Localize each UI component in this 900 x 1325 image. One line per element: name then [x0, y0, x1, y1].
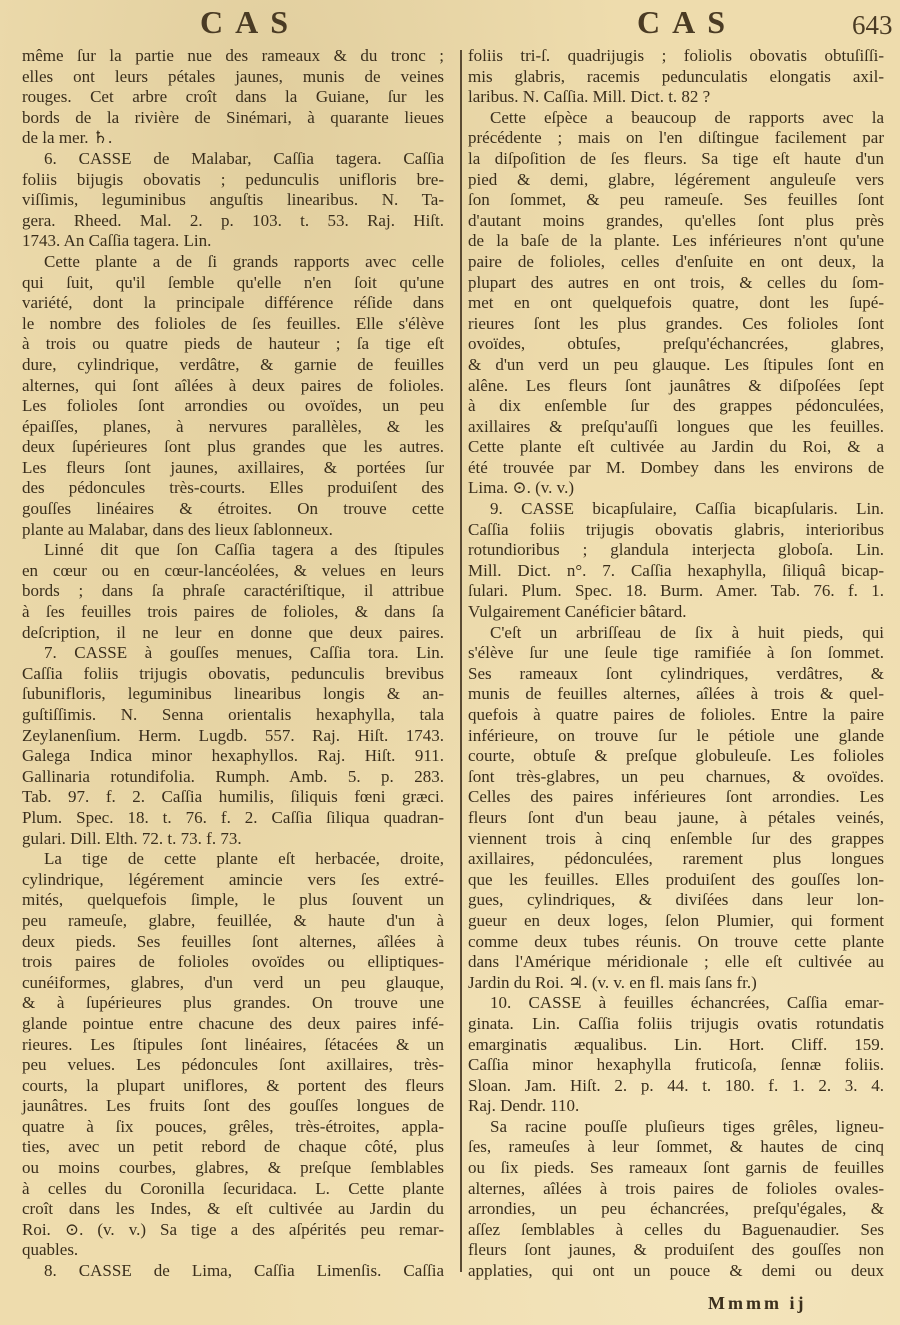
text-line: gues, cylindriques, & diviſées dans leur…	[468, 890, 884, 911]
text-line: Plum. Spec. 18. t. 76. f. 2. Caſſia ſili…	[22, 808, 444, 829]
text-line: Tab. 97. f. 2. Caſſia humilis, ſiliquis …	[22, 787, 444, 808]
text-line: mités, quelquefois ſimple, le plus ſouve…	[22, 890, 444, 911]
entry-heading-line: 9. CASSE bicapſulaire, Caſſia bicapſular…	[468, 499, 884, 520]
text-line: Vulgairement Canéficier bâtard.	[468, 602, 884, 623]
text-line: deux ſupérieures ſont plus grandes que l…	[22, 437, 444, 458]
text-line: à dix enſemble ſur des grappes pédonculé…	[468, 396, 884, 417]
text-line: axillaires & preſqu'auſſi longues que le…	[468, 417, 884, 438]
text-line: Ses rameaux ſont cylindriques, verdâtres…	[468, 664, 884, 685]
text-line: met en ont quelquefois quatre, dont les …	[468, 293, 884, 314]
text-line: des pédoncules très-courts. Elles produi…	[22, 478, 444, 499]
text-line: pied & demi, glabre, légérement anguleuſ…	[468, 170, 884, 191]
text-line: que les feuilles. Elles produiſent des g…	[468, 870, 884, 891]
text-line: ſon ſommet, & peu rameuſe. Ses feuilles …	[468, 190, 884, 211]
entry-heading-line: 10. CASSE à feuilles échancrées, Caſſia …	[468, 993, 884, 1014]
right-column: foliis tri-ſ. quadrijugis ; foliolis obo…	[468, 46, 884, 1282]
text-line: ſubunifloris, leguminibus linearibus lon…	[22, 684, 444, 705]
text-line: munis de feuilles alternes, aîlées à tro…	[468, 684, 884, 705]
text-line: La tige de cette plante eſt herbacée, dr…	[22, 849, 444, 870]
text-line: fleurs ſont d'un beau jaune, à pétales v…	[468, 808, 884, 829]
text-line: plupart des autres en ont trois, & celle…	[468, 273, 884, 294]
text-line: gueur en deux loges, ſelon Plumier, qui …	[468, 911, 884, 932]
text-line: de la mer. ♄.	[22, 128, 444, 149]
text-line: arrondies, un peu échancrées, preſqu'éga…	[468, 1199, 884, 1220]
text-line: deſcription, il ne leur en donne que deu…	[22, 623, 444, 644]
text-line: inférieure, on trouve ſur le pétiole une…	[468, 726, 884, 747]
text-line: deux pieds. Ses feuilles ſont alternes, …	[22, 932, 444, 953]
text-line: gera. Rheed. Mal. 2. p. 103. t. 53. Raj.…	[22, 211, 444, 232]
text-line: courte, obtuſe & preſque globuleuſe. Les…	[468, 746, 884, 767]
text-line: Cette plante a de ſi grands rapports ave…	[22, 252, 444, 273]
text-line: paire de folioles, celles d'enſuite en o…	[468, 252, 884, 273]
text-line: rotundioribus ; glandula interjecta glob…	[468, 540, 884, 561]
text-line: courts, la plupart uniflores, & portent …	[22, 1076, 444, 1097]
text-line: Mill. Dict. n°. 7. Caſſia hexaphylla, ſi…	[468, 561, 884, 582]
text-line: comme deux tubes réunis. On trouve cette…	[468, 932, 884, 953]
text-line: Lima. ⊙. (v. v.)	[468, 478, 884, 499]
column-divider	[460, 50, 462, 1272]
text-line: Galega Indica minor hexaphyllos. Raj. Hi…	[22, 746, 444, 767]
text-line: qui ſuit, qu'il ſemble qu'elle n'en ſoit…	[22, 273, 444, 294]
text-line: foliis bijugis obovatis ; pedunculis uni…	[22, 170, 444, 191]
text-line: bords ; dans ſa phraſe caractériſtique, …	[22, 581, 444, 602]
text-line: rouges. Cet arbre croît dans la Guiane, …	[22, 87, 444, 108]
text-line: Caſſia foliis trijugis obovatis glabris,…	[468, 520, 884, 541]
text-line: mis glabris, racemis pedunculatis elonga…	[468, 67, 884, 88]
text-line: viſſimis, leguminibus anguſtis linearibu…	[22, 190, 444, 211]
text-line: dans l'Amérique méridionale ; elle eſt c…	[468, 952, 884, 973]
text-line: Caſſia foliis trijugis obovatis, peduncu…	[22, 664, 444, 685]
text-line: bords de la rivière de Sinémari, à quara…	[22, 108, 444, 129]
left-column: même ſur la partie nue des rameaux & du …	[22, 46, 444, 1282]
text-line: quatre à ſix pouces, grêles, très-étroit…	[22, 1117, 444, 1138]
text-line: gouſſes linéaires & étroites. On trouve …	[22, 499, 444, 520]
text-line: laribus. N. Caſſia. Mill. Dict. t. 82 ?	[468, 87, 884, 108]
text-line: quefois à quatre paires de folioles. Ent…	[468, 705, 884, 726]
text-line: cunéiformes, glabres, d'un verd un peu g…	[22, 973, 444, 994]
text-line: & d'un verd un peu glauque. Les ſtipules…	[468, 355, 884, 376]
running-head-left: CAS	[200, 4, 300, 41]
text-line: ou ſix pieds. Ses rameaux ſont garnis de…	[468, 1158, 884, 1179]
text-line: Linné dit que ſon Caſſia tagera a des ſt…	[22, 540, 444, 561]
entry-heading-line: 8. CASSE de Lima, Caſſia Limenſis. Caſſi…	[22, 1261, 444, 1282]
text-line: elles ont leurs pétales jaunes, munis de…	[22, 67, 444, 88]
text-line: applaties, qui ont un pouce & demi ou de…	[468, 1261, 884, 1282]
text-line: peu rameuſe, glabre, feuillée, & haute d…	[22, 911, 444, 932]
page-number: 643	[852, 10, 893, 41]
text-line: glande pointue entre chacune des deux pa…	[22, 1014, 444, 1035]
text-line: trois paires de folioles ovoïdes ou elli…	[22, 952, 444, 973]
text-line: ſont très-glabres, un peu charnues, & ov…	[468, 767, 884, 788]
text-line: axillaires, pédonculées, rarement plus l…	[468, 849, 884, 870]
text-line: à ſes feuilles trois paires de folioles,…	[22, 602, 444, 623]
text-line: de la baſe de la plante. Les inférieures…	[468, 231, 884, 252]
text-line: foliis tri-ſ. quadrijugis ; foliolis obo…	[468, 46, 884, 67]
text-line: Cette eſpèce a beaucoup de rapports avec…	[468, 108, 884, 129]
text-line: même ſur la partie nue des rameaux & du …	[22, 46, 444, 67]
text-line: rieures. Les ſtipules ſont linéaires, ſé…	[22, 1035, 444, 1056]
text-line: guſtiſſimis. N. Senna orientalis hexaphy…	[22, 705, 444, 726]
entry-heading-line: 6. CASSE de Malabar, Caſſia tagera. Caſſ…	[22, 149, 444, 170]
entry-heading-line: 7. CASSE à gouſſes menues, Caſſia tora. …	[22, 643, 444, 664]
text-line: gulari. Dill. Elth. 72. t. 73. f. 73.	[22, 829, 444, 850]
text-line: Raj. Dendr. 110.	[468, 1096, 884, 1117]
text-line: jaunâtres. Les fruits ſont des gouſſes l…	[22, 1096, 444, 1117]
text-line: à celles du Coronilla ſecuridaca. L. Cet…	[22, 1179, 444, 1200]
running-head-right: CAS	[637, 4, 737, 41]
text-line: ſes, rameuſes à leur ſommet, & hautes de…	[468, 1137, 884, 1158]
text-line: le nombre des folioles de ſes feuilles. …	[22, 314, 444, 335]
text-line: en cœur ou en cœur-lancéolées, & velues …	[22, 561, 444, 582]
text-line: ou moins courbes, glabres, & preſque ſem…	[22, 1158, 444, 1179]
text-line: quables.	[22, 1240, 444, 1261]
text-line: cylindrique, légérement amincie vers ſes…	[22, 870, 444, 891]
text-line: d'autant moins grandes, qu'elles ſont pl…	[468, 211, 884, 232]
text-line: Caſſia minor hexaphylla fruticoſa, ſennæ…	[468, 1055, 884, 1076]
text-line: ovoïdes, obtuſes, preſqu'échancrées, gla…	[468, 334, 884, 355]
text-line: la diſpoſition de ſes fleurs. Sa tige eſ…	[468, 149, 884, 170]
text-line: plante au Malabar, dans des lieux ſablon…	[22, 520, 444, 541]
text-line: dure, cylindrique, verdâtre, & garnie de…	[22, 355, 444, 376]
text-line: été trouvée par M. Dombey dans les envir…	[468, 458, 884, 479]
text-line: variété, dont la principale différence r…	[22, 293, 444, 314]
text-line: Gallinaria rotundifolia. Rumph. Amb. 5. …	[22, 767, 444, 788]
text-line: aſſez ſemblables à celles du Baguenaudie…	[468, 1220, 884, 1241]
text-line: épaiſſes, planes, à nervures parallèles,…	[22, 417, 444, 438]
text-line: Celles des paires inférieures ſont arron…	[468, 787, 884, 808]
text-line: précédente ; mais on l'en diſtingue faci…	[468, 128, 884, 149]
text-line: peu velues. Les pédoncules ſont axillair…	[22, 1055, 444, 1076]
text-line: fleurs ſont jaunes, & produiſent des gou…	[468, 1240, 884, 1261]
text-line: rieures ſont les plus grandes. Ces folio…	[468, 314, 884, 335]
text-line: C'eſt un arbriſſeau de ſix à huit pieds,…	[468, 623, 884, 644]
signature-mark: Mmmm ij	[708, 1293, 806, 1314]
text-line: Roi. ⊙. (v. v.) Sa tige a des aſpérités …	[22, 1220, 444, 1241]
text-line: Cette plante eſt cultivée au Jardin du R…	[468, 437, 884, 458]
text-line: ginata. Lin. Caſſia foliis trijugis ovat…	[468, 1014, 884, 1035]
text-line: ties, avec un petit rebord de chaque côt…	[22, 1137, 444, 1158]
text-line: s'élève ſur une ſeule tige ramifiée à ſo…	[468, 643, 884, 664]
book-page: CAS CAS 643 même ſur la partie nue des r…	[0, 0, 900, 1325]
text-line: alêne. Les fleurs ſont jaunâtres & diſpo…	[468, 376, 884, 397]
text-line: Les fleurs ſont jaunes, axillaires, & po…	[22, 458, 444, 479]
text-line: emarginatis æqualibus. Lin. Hort. Cliff.…	[468, 1035, 884, 1056]
text-line: & à ſupérieures plus grandes. On trouve …	[22, 993, 444, 1014]
text-line: alternes, qui ſont aîlées à deux paires …	[22, 376, 444, 397]
text-line: Jardin du Roi. ♃. (v. v. en fl. mais ſan…	[468, 973, 884, 994]
text-line: Sa racine pouſſe pluſieurs tiges grêles,…	[468, 1117, 884, 1138]
text-line: alternes, aîlées à trois paires de folio…	[468, 1179, 884, 1200]
text-line: Zeylanenſium. Herm. Lugdb. 557. Raj. Hiſ…	[22, 726, 444, 747]
text-line: viennent trois à cinq enſemble ſur des g…	[468, 829, 884, 850]
text-line: Sloan. Jam. Hiſt. 2. p. 44. t. 180. f. 1…	[468, 1076, 884, 1097]
text-line: croît dans les Indes, & eſt cultivée au …	[22, 1199, 444, 1220]
text-line: Les folioles ſont arrondies ou ovoïdes, …	[22, 396, 444, 417]
text-line: 1743. An Caſſia tagera. Lin.	[22, 231, 444, 252]
text-line: ſulari. Plum. Spec. 18. Burm. Amer. Tab.…	[468, 581, 884, 602]
text-line: à trois ou quatre pieds de hauteur ; ſa …	[22, 334, 444, 355]
